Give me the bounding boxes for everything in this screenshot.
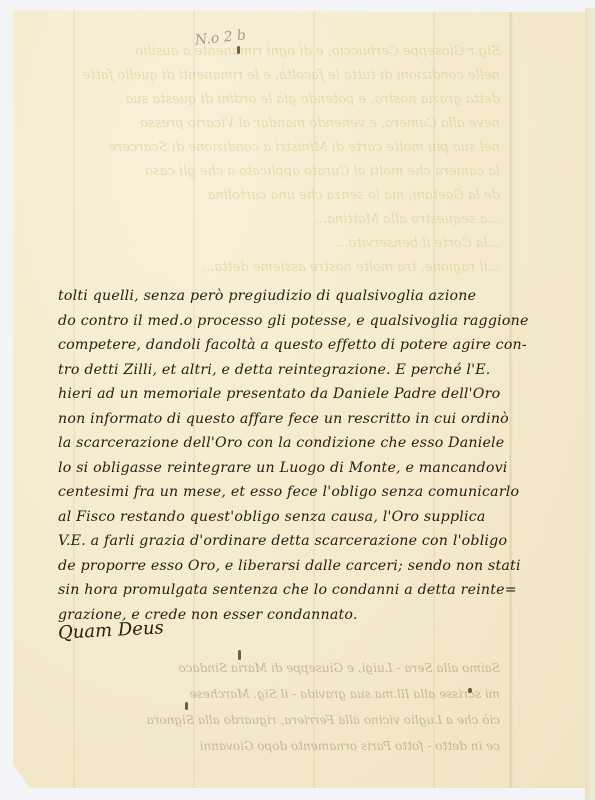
manuscript-body: tolti quelli, senza però pregiudizio di … <box>58 284 588 627</box>
ghost-line: nelle condizioni di tutta le facoltà, e … <box>40 64 500 88</box>
ghost-line: la camera che molti al Curato applicato … <box>40 160 500 184</box>
manuscript-line: tro detti Zilli, et altri, e detta reint… <box>58 358 588 383</box>
manuscript-line: sin hora promulgata sentenza che lo cond… <box>58 578 588 603</box>
ghost-line: nel suo piu molte carte di Ministri a co… <box>40 136 500 160</box>
ghost-line: ciò che a Luglio vicino alla Ferriera, r… <box>20 707 500 733</box>
manuscript-line: al Fisco restando quest'obligo senza cau… <box>58 505 588 530</box>
ghost-line: detta grazia nostra, e potendo già le or… <box>40 88 500 112</box>
manuscript-line: lo si obligasse reintegrare un Luogo di … <box>58 456 588 481</box>
manuscript-line: centesimi fra un mese, et esso fece l'ob… <box>58 480 588 505</box>
bleed-through-text-bottom: Saimo alla Sera - Luigi, e Giuseppe di M… <box>20 655 500 759</box>
ink-spot <box>237 46 240 54</box>
manuscript-line: hieri ad un memoriale presentato da Dani… <box>58 382 588 407</box>
ghost-line: ...il ragione, tra molte nostre assieme … <box>40 256 500 280</box>
ghost-line: ce in detto - fotto Paris ornamento dopo… <box>20 733 500 759</box>
manuscript-line: la scarcerazione dell'Oro con la condizi… <box>58 431 588 456</box>
manuscript-line: de proporre esso Oro, e liberarsi dalle … <box>58 554 588 579</box>
ghost-line: neve alla Camera, e venendo mandar al Vi… <box>40 112 500 136</box>
ghost-line: ...la Corte il benservito... <box>40 232 500 256</box>
manuscript-line: competere, dandoli facoltà a questo effe… <box>58 333 588 358</box>
manuscript-line: non informato di questo affare fece un r… <box>58 407 588 432</box>
manuscript-line: V.E. a farli grazia d'ordinare detta sca… <box>58 529 588 554</box>
manuscript-line: tolti quelli, senza però pregiudizio di … <box>58 284 588 309</box>
ink-spot <box>468 688 472 693</box>
manuscript-line: do contro il med.o processo gli potesse,… <box>58 309 588 334</box>
ghost-line: de la Gaetani, ma lo senza che una carto… <box>40 184 500 208</box>
ghost-line: ...a sequestro alla Mattina... <box>40 208 500 232</box>
ghost-line: mi scrisse alla Ill.ma sua gravida - il … <box>20 681 500 707</box>
ink-spot <box>238 650 241 660</box>
bleed-through-text-top: Sig.r Gioseppe Cerbuccio, e di ogni rima… <box>40 40 500 280</box>
ghost-line: Sig.r Gioseppe Cerbuccio, e di ogni rima… <box>40 40 500 64</box>
ghost-line: Saimo alla Sera - Luigi, e Giuseppe di M… <box>20 655 500 681</box>
ink-spot <box>185 702 188 710</box>
